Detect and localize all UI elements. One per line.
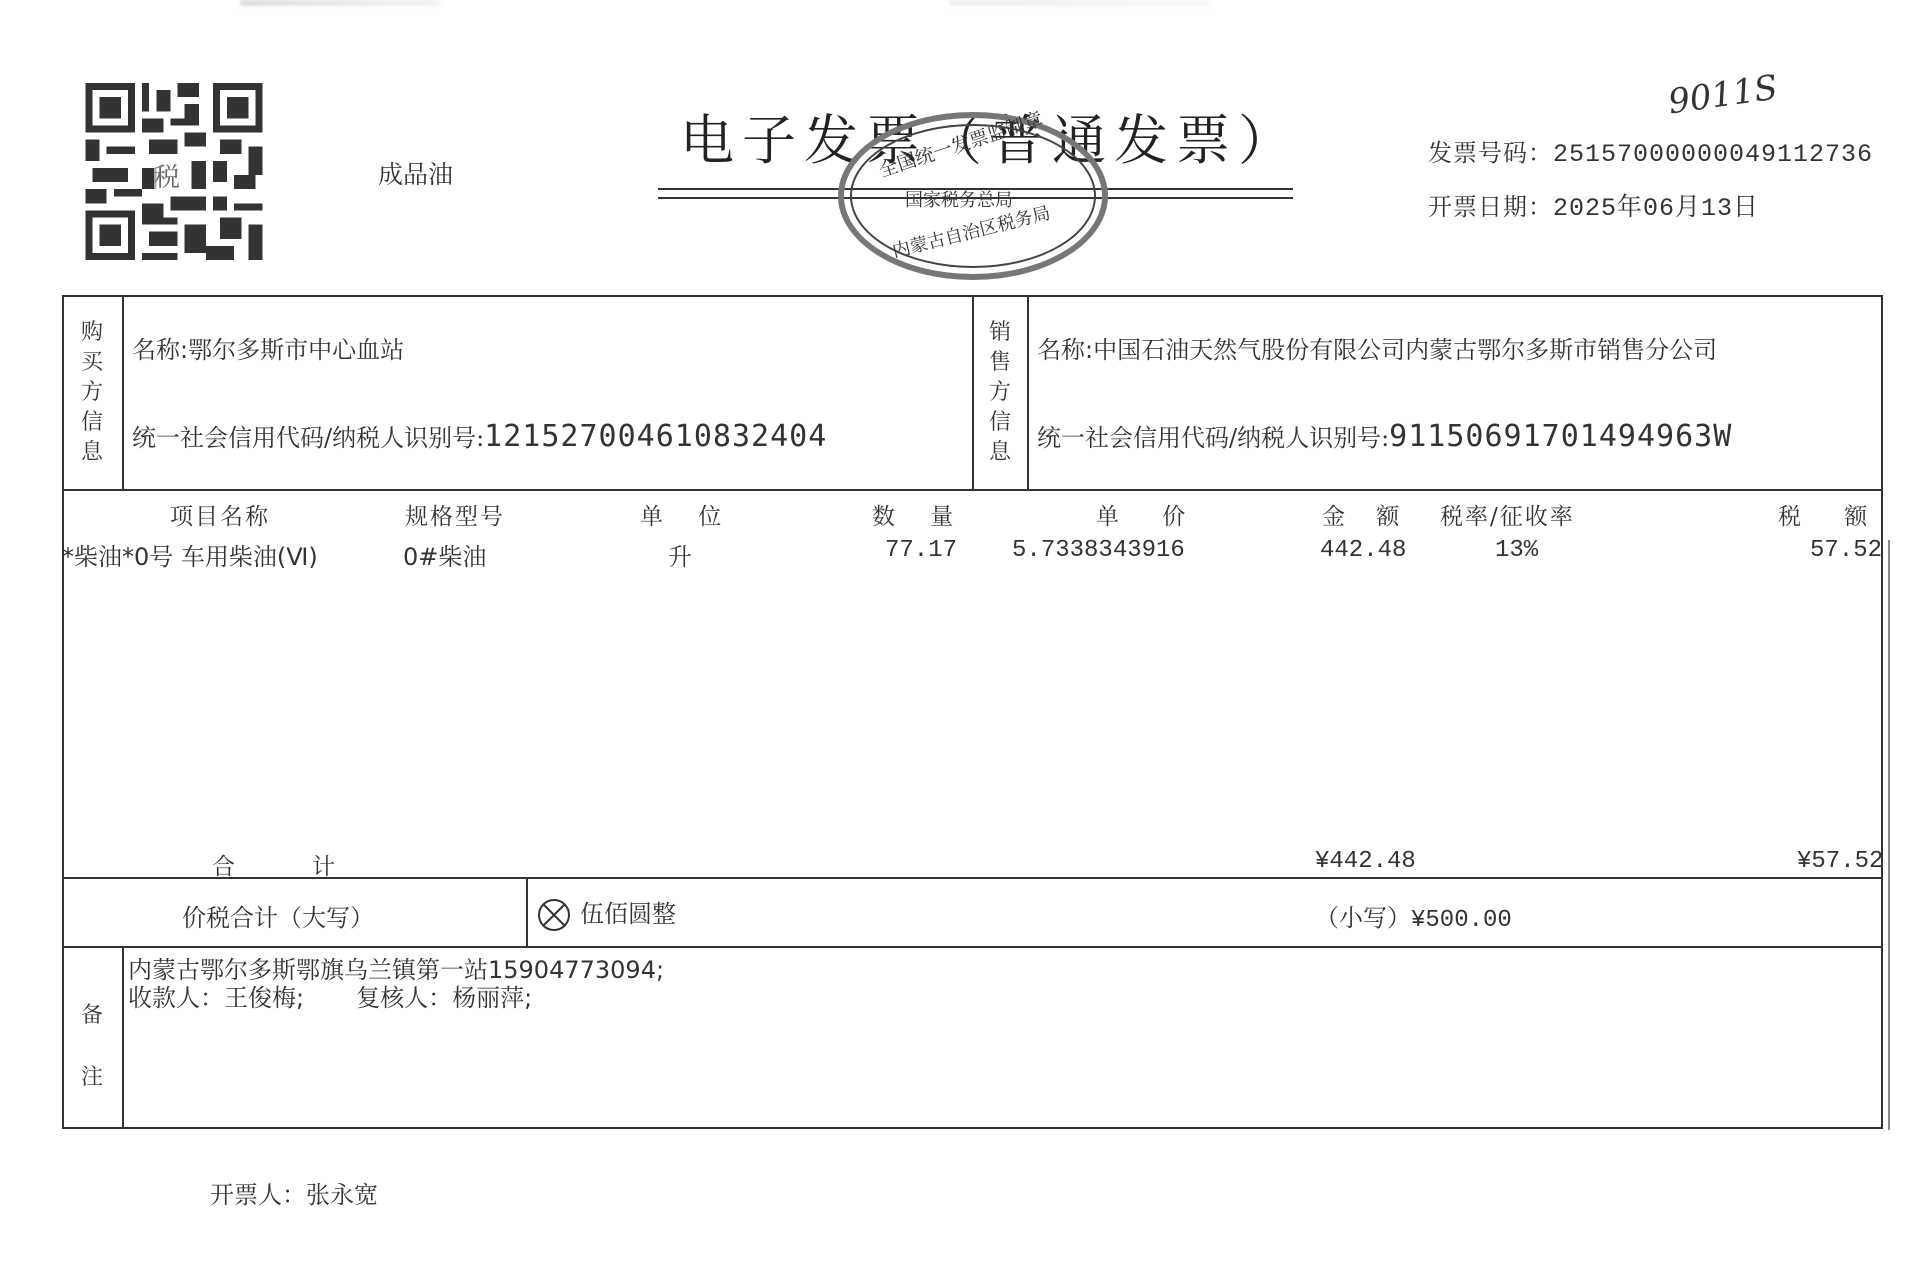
seller-name-value: 中国石油天然气股份有限公司内蒙古鄂尔多斯市销售分公司 xyxy=(1093,336,1717,364)
grand-total-lower-value: ¥500.00 xyxy=(1411,907,1512,934)
table-border xyxy=(972,295,974,489)
col-header-spec: 规格型号 xyxy=(405,498,505,531)
buyer-tax-id-value: 121527004610832404 xyxy=(484,419,827,454)
seller-name: 名称:中国石油天然气股份有限公司内蒙古鄂尔多斯市销售分公司 xyxy=(1037,330,1717,365)
item-name: *柴油*0号 车用柴油(Ⅵ) xyxy=(62,537,318,572)
issuer-value: 张永宽 xyxy=(306,1181,378,1209)
table-border xyxy=(526,877,528,946)
col-header-item-name: 项目名称 xyxy=(170,498,270,531)
table-border xyxy=(62,1127,1882,1129)
cropped-header-text xyxy=(240,0,440,6)
table-border xyxy=(1027,295,1029,489)
grand-total-upper-value: 伍佰圆整 xyxy=(580,900,676,928)
seller-tax-id: 统一社会信用代码/纳税人识别号:91150691701494963W xyxy=(1037,418,1732,454)
buyer-name-label: 名称: xyxy=(132,336,188,364)
grand-total-lower: （小写）¥500.00 xyxy=(1315,898,1512,934)
remarks-label: 备注 xyxy=(72,985,112,1109)
table-border xyxy=(122,946,124,1127)
total-amount: ¥442.48 xyxy=(1315,848,1416,875)
buyer-name: 名称:鄂尔多斯市中心血站 xyxy=(132,330,404,365)
issuer-label: 开票人： xyxy=(210,1181,306,1209)
grand-total-upper: 伍佰圆整 xyxy=(538,894,676,931)
issue-date-label: 开票日期： xyxy=(1428,193,1553,221)
buyer-name-value: 鄂尔多斯市中心血站 xyxy=(188,336,404,364)
col-header-quantity: 数 量 xyxy=(872,498,967,531)
handwritten-note: 9011S xyxy=(1666,68,1780,123)
item-tax: 57.52 xyxy=(1810,537,1882,564)
invoice-number-label: 发票号码： xyxy=(1428,139,1553,167)
item-unit-price: 5.7338343916 xyxy=(1012,537,1185,564)
seller-section-label: 销售方信息 xyxy=(980,318,1020,468)
invoice-category: 成品油 xyxy=(378,155,453,191)
table-border xyxy=(62,946,1882,948)
col-header-amount: 金 额 xyxy=(1322,498,1411,531)
col-header-tax: 税 额 xyxy=(1778,498,1885,531)
remarks-line2: 收款人：王俊梅;复核人：杨丽萍; xyxy=(128,984,532,1012)
item-spec: 0#柴油 xyxy=(403,537,486,572)
item-amount: 442.48 xyxy=(1320,537,1406,564)
issuer: 开票人：张永宽 xyxy=(210,1175,378,1210)
total-label: 合 计 xyxy=(212,848,337,881)
col-header-tax-rate: 税率/征收率 xyxy=(1440,498,1575,531)
table-border xyxy=(62,489,1882,491)
seller-tax-id-value: 91150691701494963W xyxy=(1389,419,1732,454)
circle-x-icon xyxy=(538,899,570,931)
payee-value: 王俊梅; xyxy=(224,984,304,1012)
item-unit: 升 xyxy=(668,537,692,572)
grand-total-lower-label: （小写） xyxy=(1315,904,1411,932)
col-header-unit: 单 位 xyxy=(640,498,735,531)
issue-date-value: 2025年06月13日 xyxy=(1553,194,1759,223)
remarks-line1: 内蒙古鄂尔多斯鄂旗乌兰镇第一站15904773094; xyxy=(128,956,664,984)
reviewer-value: 杨丽萍; xyxy=(452,984,532,1012)
reviewer-label: 复核人： xyxy=(356,984,452,1012)
stamp-middle-text: 国家税务总局 xyxy=(905,186,1013,212)
invoice-number-value: 25157000000049112736 xyxy=(1553,140,1873,169)
seller-name-label: 名称: xyxy=(1037,336,1093,364)
col-header-unit-price: 单 价 xyxy=(1096,498,1203,531)
buyer-tax-id: 统一社会信用代码/纳税人识别号:121527004610832404 xyxy=(132,418,827,454)
item-quantity: 77.17 xyxy=(885,537,957,564)
qr-tax-char: 税 xyxy=(154,157,180,194)
issue-date: 开票日期：2025年06月13日 xyxy=(1428,187,1759,223)
buyer-tax-id-label: 统一社会信用代码/纳税人识别号: xyxy=(132,424,484,452)
table-border xyxy=(122,295,124,489)
seller-tax-id-label: 统一社会信用代码/纳税人识别号: xyxy=(1037,424,1389,452)
item-tax-rate: 13% xyxy=(1495,537,1538,564)
grand-total-upper-label: 价税合计（大写） xyxy=(182,898,374,933)
buyer-section-label: 购买方信息 xyxy=(72,318,112,468)
table-border xyxy=(1881,295,1883,1129)
invoice-number: 发票号码：25157000000049112736 xyxy=(1428,133,1873,169)
total-tax: ¥57.52 xyxy=(1797,848,1883,875)
table-border xyxy=(62,295,64,1129)
payee-label: 收款人： xyxy=(128,984,224,1012)
cropped-header-text xyxy=(950,0,1210,6)
table-border xyxy=(1888,540,1890,1130)
